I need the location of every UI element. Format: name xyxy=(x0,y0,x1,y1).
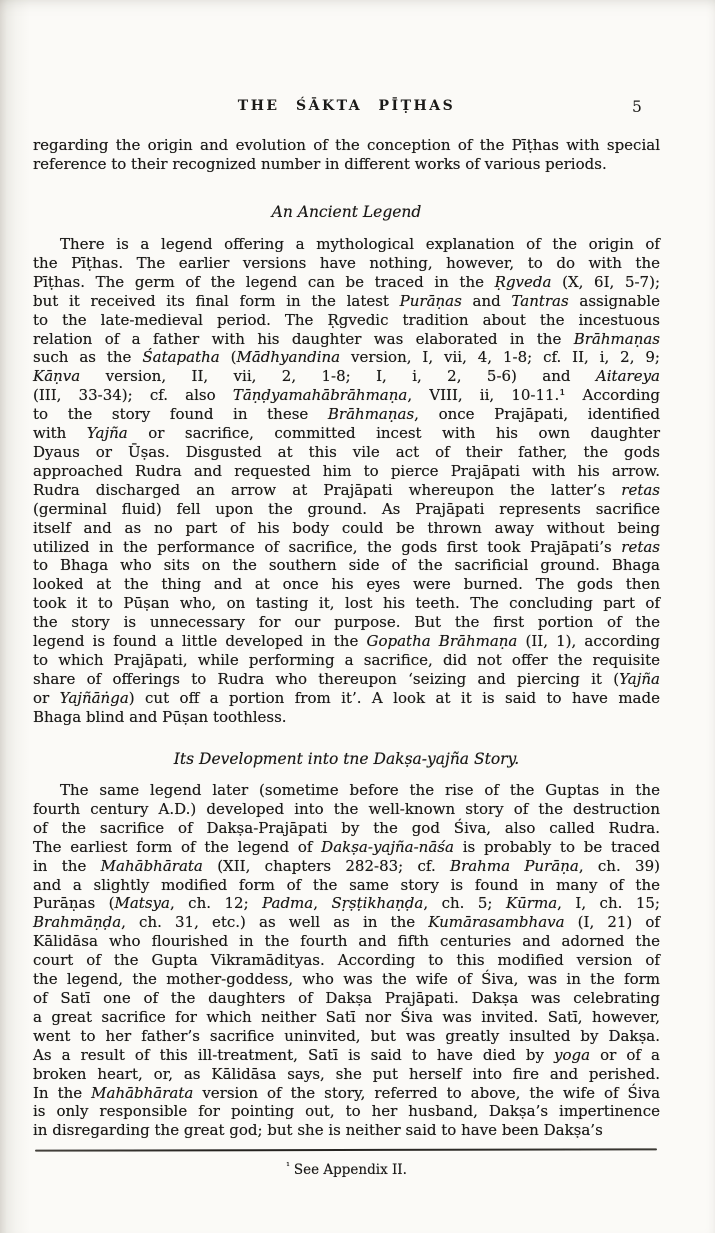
text-line: Brahmāṇḍa, ch. 31, etc.) as well as in t… xyxy=(33,913,660,932)
text-line: such as the Śatapatha (Mādhyandina versi… xyxy=(33,348,660,367)
page-header: THE ŚĀKTA PĪṬHAS xyxy=(33,98,660,118)
text-line: went to her father’s sacrifice uninvited… xyxy=(33,1027,660,1046)
text-line: As a result of this ill-treatment, Satī … xyxy=(33,1046,660,1065)
text-line: Pīṭhas. The germ of the legend can be tr… xyxy=(33,273,660,292)
footnote-text: See Appendix II. xyxy=(294,1162,407,1178)
section-heading-daksa-yajna: Its Development into tne Dakṣa-yajña Sto… xyxy=(33,750,660,769)
development-paragraph: The same legend later (sometime before t… xyxy=(33,781,660,1140)
book-page: THE ŚĀKTA PĪṬHAS 5 regarding the origin … xyxy=(0,0,715,1233)
text-line: Purāṇas (Matsya, ch. 12; Padma, Sṛṣṭikha… xyxy=(33,894,660,913)
text-line: to the late-medieval period. The Ṛgvedic… xyxy=(33,311,660,330)
text-line: Kāṇva version, II, vii, 2, 1-8; I, i, 2,… xyxy=(33,367,660,386)
text-line: with Yajña or sacrifice, committed inces… xyxy=(33,424,660,443)
text-line: a great sacrifice for which neither Satī… xyxy=(33,1008,660,1027)
text-line: the story is unnecessary for our purpose… xyxy=(33,613,660,632)
text-line: utilized in the performance of sacrifice… xyxy=(33,538,660,557)
text-line: in the Mahābhārata (XII, chapters 282-83… xyxy=(33,857,660,876)
text-line: broken heart, or, as Kālidāsa says, she … xyxy=(33,1065,660,1084)
text-line: Dyaus or Ūṣas. Disgusted at this vile ac… xyxy=(33,443,660,462)
text-line: The earliest form of the legend of Dakṣa… xyxy=(33,838,660,857)
page-number: 5 xyxy=(632,98,642,116)
text-line: the legend, the mother-goddess, who was … xyxy=(33,970,660,989)
text-line: reference to their recognized number in … xyxy=(33,155,660,174)
section-heading-ancient-legend: An Ancient Legend xyxy=(33,203,660,222)
text-line: of Satī one of the daughters of Dakṣa Pr… xyxy=(33,989,660,1008)
text-line: court of the Gupta Vikramādityas. Accord… xyxy=(33,951,660,970)
footnote-marker: ¹ xyxy=(286,1161,290,1172)
text-line: fourth century A.D.) developed into the … xyxy=(33,800,660,819)
text-line: to the story found in these Brāhmaṇas, o… xyxy=(33,405,660,424)
footnote-rule xyxy=(35,1148,657,1151)
ancient-legend-paragraph: There is a legend offering a mythologica… xyxy=(33,235,660,727)
text-line: itself and as no part of his body could … xyxy=(33,519,660,538)
text-line: but it received its final form in the la… xyxy=(33,292,660,311)
intro-paragraph: regarding the origin and evolution of th… xyxy=(33,136,660,174)
text-line: share of offerings to Rudra who thereupo… xyxy=(33,670,660,689)
text-line: to which Prajāpati, while performing a s… xyxy=(33,651,660,670)
text-line: looked at the thing and at once his eyes… xyxy=(33,575,660,594)
text-line: or Yajñāṅga) cut off a portion from it’.… xyxy=(33,689,660,708)
text-line: In the Mahābhārata version of the story,… xyxy=(33,1084,660,1103)
text-line: The same legend later (sometime before t… xyxy=(33,781,660,800)
text-line: legend is found a little developed in th… xyxy=(33,632,660,651)
text-line: relation of a father with his daughter w… xyxy=(33,330,660,349)
footnote: ¹See Appendix II. xyxy=(33,1161,660,1179)
running-title: THE ŚĀKTA PĪṬHAS xyxy=(33,98,660,114)
text-line: took it to Pūṣan who, on tasting it, los… xyxy=(33,594,660,613)
text-line: (III, 33-34); cf. also Tāṇḍyamahābrāhmaṇ… xyxy=(33,386,660,405)
text-line: of the sacrifice of Dakṣa-Prajāpati by t… xyxy=(33,819,660,838)
text-line: regarding the origin and evolution of th… xyxy=(33,136,660,155)
text-line: in disregarding the great god; but she i… xyxy=(33,1121,660,1140)
text-line: to Bhaga who sits on the southern side o… xyxy=(33,556,660,575)
text-line: Bhaga blind and Pūṣan toothless. xyxy=(33,708,660,727)
text-line: Rudra discharged an arrow at Prajāpati w… xyxy=(33,481,660,500)
text-line: and a slightly modified form of the same… xyxy=(33,876,660,895)
text-line: the Pīṭhas. The earlier versions have no… xyxy=(33,254,660,273)
text-line: Kālidāsa who flourished in the fourth an… xyxy=(33,932,660,951)
text-line: (germinal fluid) fell upon the ground. A… xyxy=(33,500,660,519)
text-line: is only responsible for pointing out, to… xyxy=(33,1102,660,1121)
text-line: There is a legend offering a mythologica… xyxy=(33,235,660,254)
text-line: approached Rudra and requested him to pi… xyxy=(33,462,660,481)
